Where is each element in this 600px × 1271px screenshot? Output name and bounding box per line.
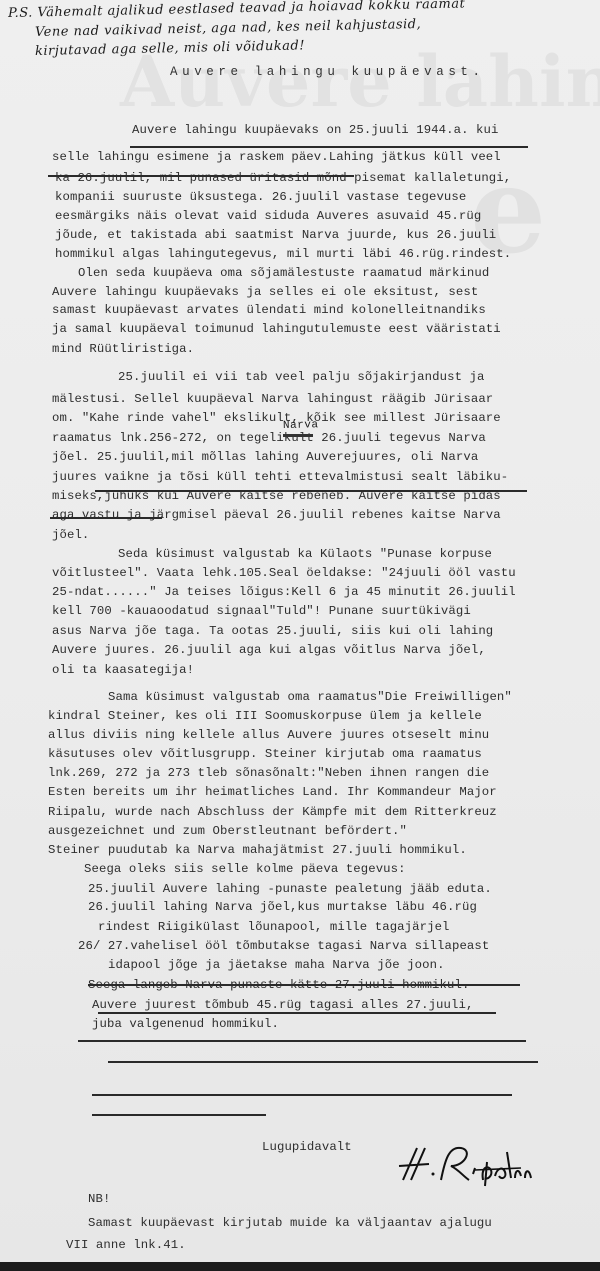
- typed-line: Sama küsimust valgustab oma raamatus"Die…: [108, 690, 512, 704]
- typed-line: 25.juulil ei vii tab veel palju sõjakirj…: [118, 370, 485, 384]
- typed-line: ausgezeichnet und zum Oberstleutnant bef…: [48, 824, 407, 838]
- typed-line: Steiner puudutab ka Narva mahajätmist 27…: [48, 843, 467, 857]
- typed-line: 26/ 27.vahelisel ööl tõmbutakse tagasi N…: [78, 939, 489, 953]
- typed-line: ka 26.juulil, mil punased üritasid mõnd …: [55, 171, 511, 185]
- typed-line: kindral Steiner, kes oli III Soomuskorpu…: [48, 709, 482, 723]
- nb-label: NB!: [88, 1192, 110, 1206]
- typed-line: mind Rüütliristiga.: [52, 342, 194, 356]
- typed-line: mälestusi. Sellel kuupäeval Narva lahing…: [52, 392, 493, 406]
- document-title: Auvere lahingu kuupäevast.: [170, 65, 485, 79]
- signature: [395, 1140, 545, 1190]
- typed-line: Riipalu, wurde nach Abschluss der Kämpfe…: [48, 805, 497, 819]
- typed-line: om. "Kahe rinde vahel" ekslikult, kõik s…: [52, 411, 501, 425]
- typed-line: ja samal kuupäeval toimunud lahingutulem…: [52, 322, 501, 336]
- typed-line: jõel.: [52, 528, 89, 542]
- typed-line: idapool jõge ja jäetakse maha Narva jõe …: [108, 958, 445, 972]
- underline: [98, 1012, 496, 1014]
- underline: [48, 175, 354, 177]
- typed-line: eesmärgiks näis olevat vaid siduda Auver…: [55, 209, 481, 223]
- typed-line: jõude, et takistada abi saatmist Narva j…: [55, 228, 496, 242]
- typed-line: lnk.269, 272 ja 273 tleb sõnasõnalt:"Neb…: [48, 766, 489, 780]
- typed-line: 26.juulil lahing Narva jõel,kus murtakse…: [88, 900, 477, 914]
- closing: Lugupidavalt: [262, 1140, 352, 1154]
- typed-line: kell 700 -kauaoodatud signaal"Tuld"! Pun…: [52, 604, 471, 618]
- underline: [130, 146, 528, 148]
- underline: [92, 1094, 512, 1096]
- typed-line: oli ta kaasategija!: [52, 663, 194, 677]
- typed-line: käsutuses olev võitlusgrupp. Steiner kir…: [48, 747, 482, 761]
- handwritten-ps-line: Vene nad vaikivad neist, aga nad, kes ne…: [35, 17, 422, 40]
- nb-line: VII anne lnk.41.: [66, 1238, 186, 1252]
- typed-line: rindest Riigikülast lõunapool, mille tag…: [98, 920, 450, 934]
- underline: [88, 984, 520, 986]
- inserted-word: Narva: [283, 419, 319, 432]
- typed-line: jõel. 25.juulil,mil mõllas lahing Auvere…: [52, 450, 478, 464]
- typed-line: samast kuupäevast arvates ülendati mind …: [52, 303, 486, 317]
- typed-line: 25-ndat......" Ja teises lõigus:Kell 6 j…: [52, 585, 516, 599]
- typed-line: Auvere lahingu kuupäevaks on 25.juuli 19…: [132, 123, 499, 137]
- typed-line: kompanii suuruste üksustega. 26.juulil v…: [55, 190, 466, 204]
- typed-line: Olen seda kuupäeva oma sõjamälestuste ra…: [78, 266, 489, 280]
- handwritten-ps-line: kirjutavad aga selle, mis oli võidukad!: [35, 38, 305, 59]
- underline: [50, 517, 162, 519]
- typed-line: aga vastu ja järgmisel päeval 26.juulil …: [52, 508, 501, 522]
- underline: [78, 1040, 526, 1042]
- scan-bottom-edge: [0, 1262, 600, 1271]
- typed-line: selle lahingu esimene ja raskem päev.Lah…: [52, 150, 501, 164]
- typed-line: asus Narva jõe taga. Ta ootas 25.juuli, …: [52, 624, 493, 638]
- nb-line: Samast kuupäevast kirjutab muide ka välj…: [88, 1216, 492, 1230]
- typed-line: 25.juulil Auvere lahing -punaste pealetu…: [88, 882, 492, 896]
- scanned-letter-page: Auvere lahingu e P.S. Vähemalt ajalikud …: [0, 0, 600, 1262]
- typed-line: juures vaikne ja tõsi küll tehti etteval…: [52, 470, 508, 484]
- underline: [92, 1114, 266, 1116]
- typed-line: Seega oleks siis selle kolme päeva tegev…: [84, 862, 406, 876]
- typed-line: hommikul algas lahingutegevus, mil murti…: [55, 247, 511, 261]
- typed-line: juba valgenenud hommikul.: [92, 1017, 279, 1031]
- strikethrough-mark: [283, 434, 313, 437]
- typed-line: Esten bereits um ihr heimatliches Land. …: [48, 785, 497, 799]
- typed-line: Auvere lahingu kuupäevaks ja selles ei o…: [52, 285, 478, 299]
- underline: [95, 490, 527, 492]
- typed-line: Seda küsimust valgustab ka Külaots "Puna…: [118, 547, 492, 561]
- typed-line: raamatus lnk.256-272, on tegelikult 26.j…: [52, 431, 486, 445]
- underline: [108, 1061, 538, 1063]
- typed-line: allus diviis ning kellele allus Auvere j…: [48, 728, 489, 742]
- typed-line: võitlusteel". Vaata lehk.105.Seal öeldak…: [52, 566, 516, 580]
- typed-line: Auvere juurest tõmbub 45.rüg tagasi alle…: [92, 998, 473, 1012]
- typed-line: Auvere juures. 26.juulil aga kui algas v…: [52, 643, 486, 657]
